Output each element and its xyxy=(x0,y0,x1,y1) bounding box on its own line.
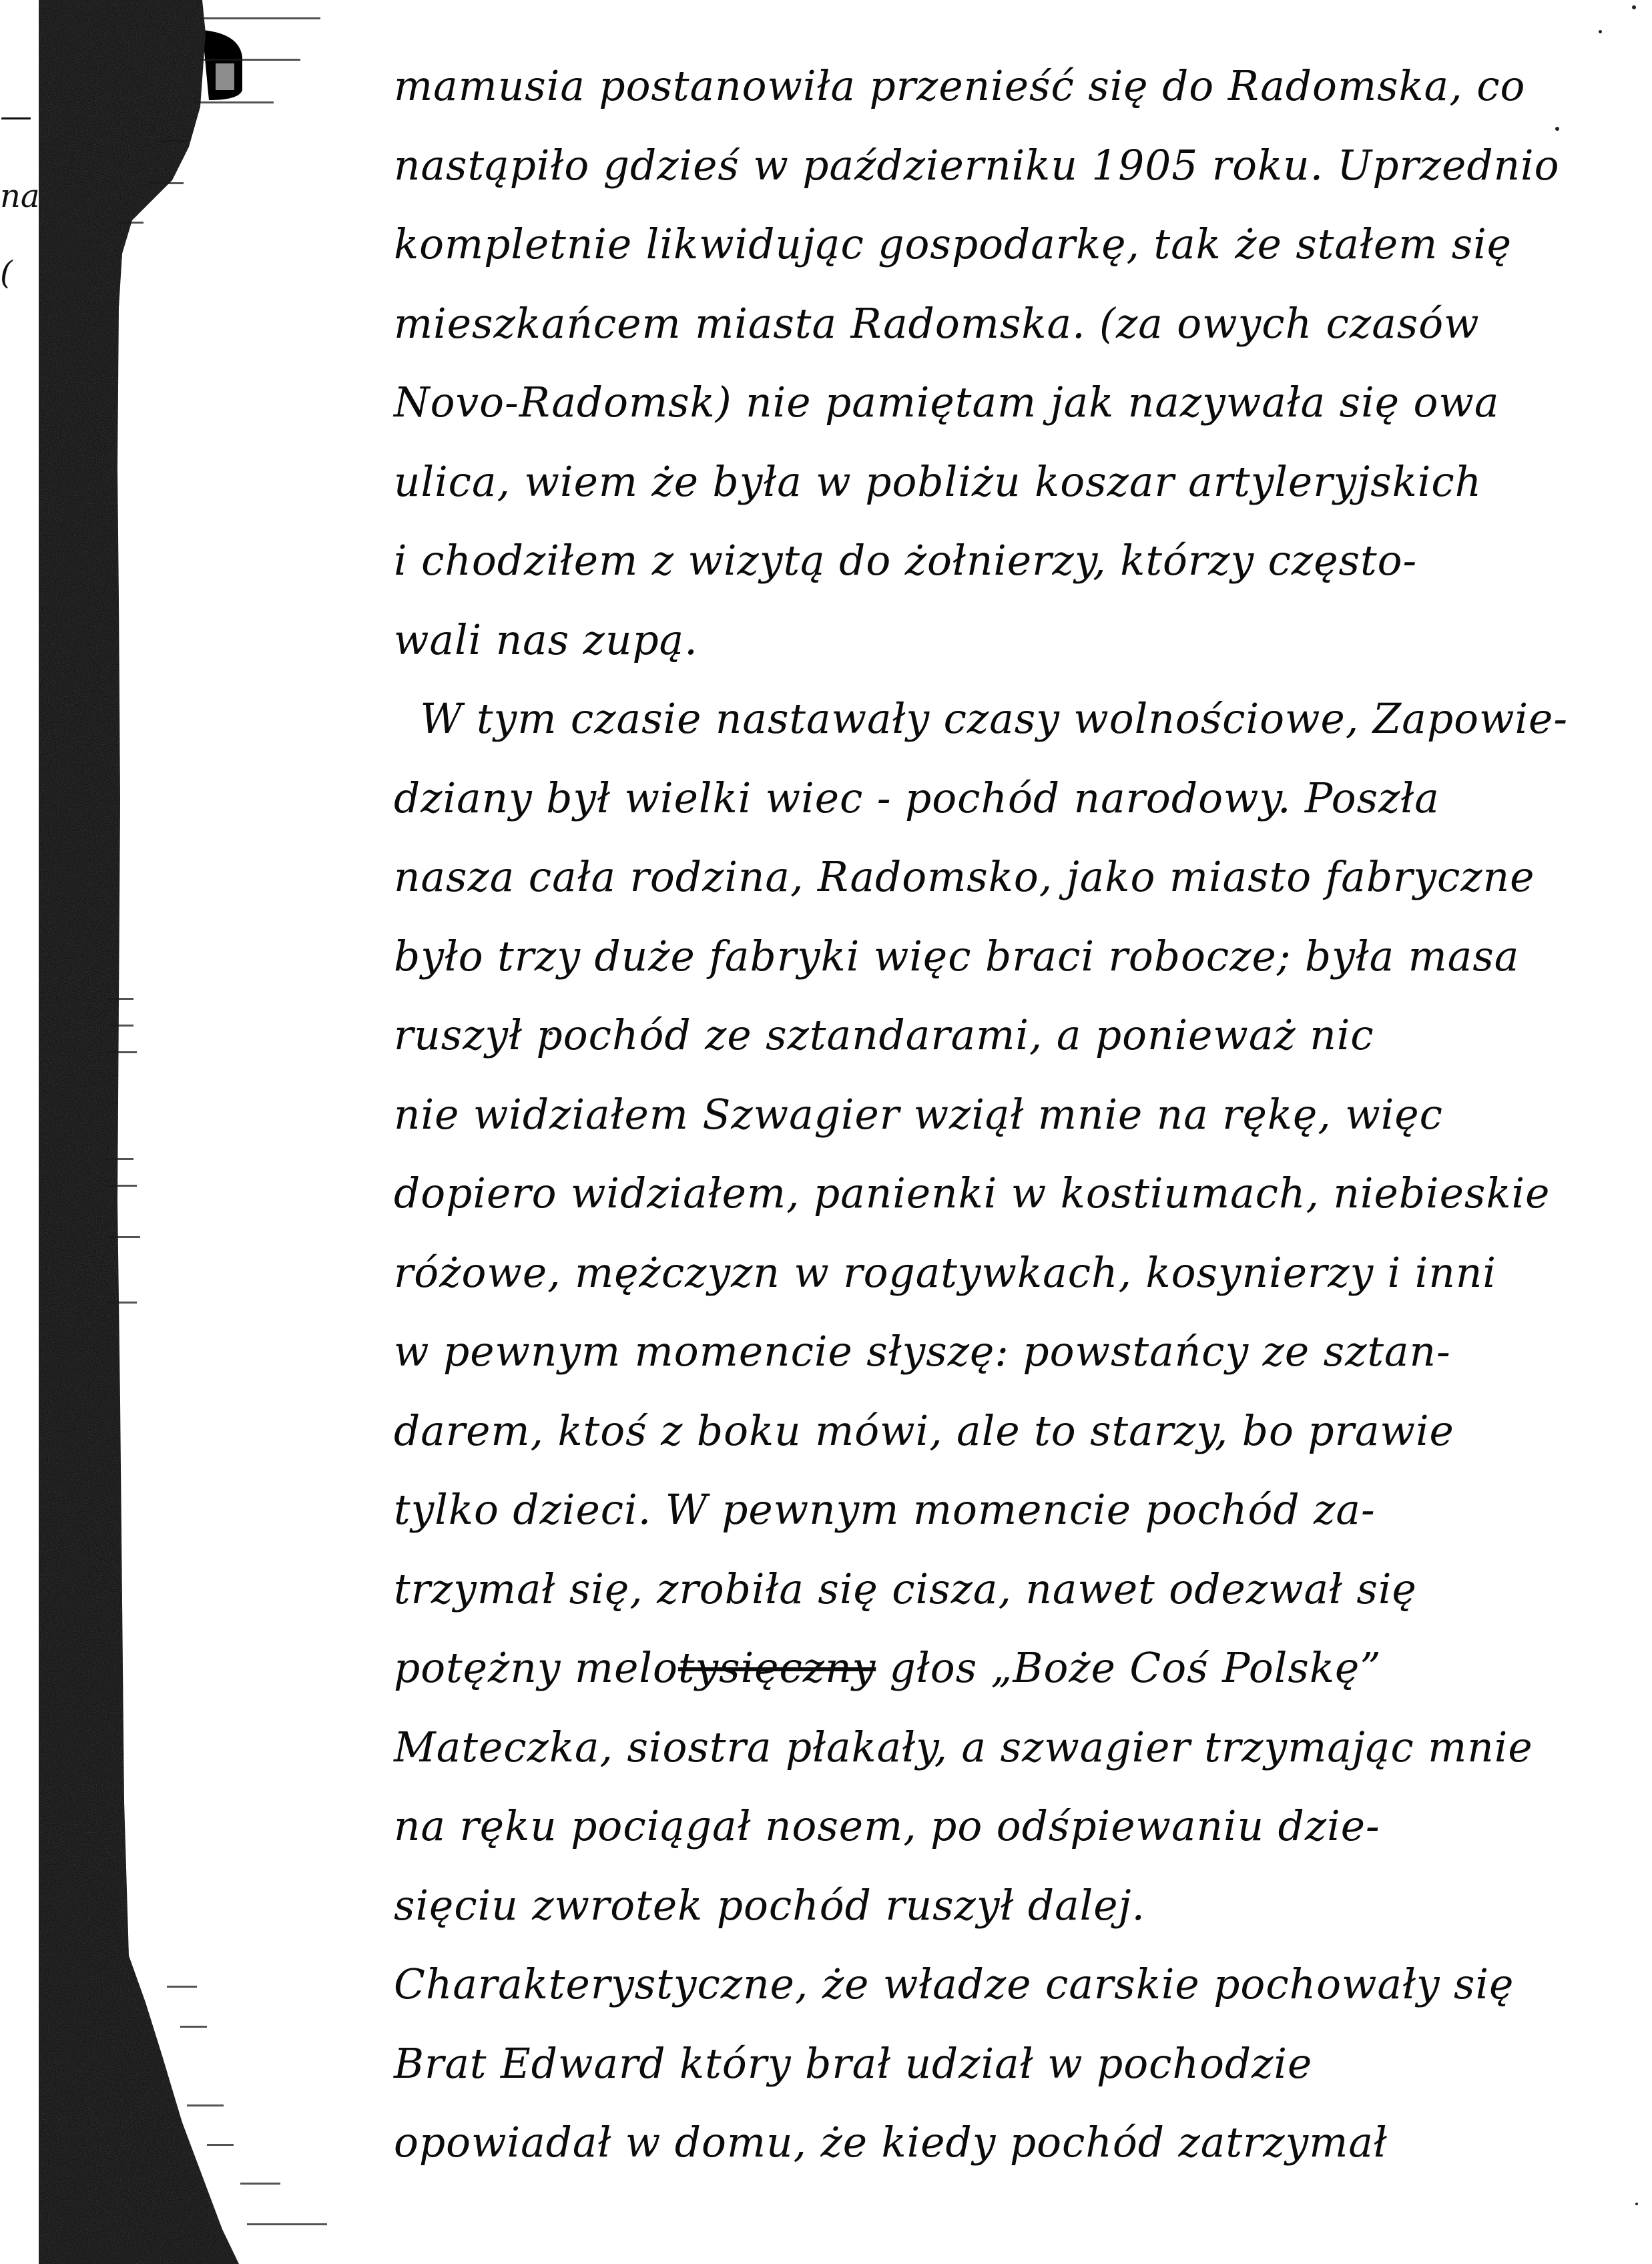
manuscript-line: Novo-Radomsk) nie pamiętam jak nazywała … xyxy=(394,363,1622,443)
manuscript-body: mamusia postanowiła przenieść się do Rad… xyxy=(394,47,1635,2183)
scan-speck xyxy=(1555,127,1559,131)
manuscript-line: darem, ktoś z boku mówi, ale to starzy, … xyxy=(394,1392,1622,1471)
facing-page-fragment: ( xyxy=(0,257,13,289)
ruled-line-tick xyxy=(150,182,184,184)
manuscript-line: dopiero widziałem, panienki w kostiumach… xyxy=(394,1154,1622,1233)
manuscript-line: i chodziłem z wizytą do żołnierzy, którz… xyxy=(394,521,1622,601)
line-text: potężny xyxy=(394,1643,561,1692)
manuscript-line: nastąpiło gdzieś w październiku 1905 rok… xyxy=(394,126,1622,206)
manuscript-line: kompletnie likwidując gospodarkę, tak że… xyxy=(394,205,1622,284)
scan-speck xyxy=(1599,30,1602,33)
manuscript-line: Mateczka, siostra płakały, a szwagier tr… xyxy=(394,1708,1622,1787)
ruled-line-tick xyxy=(107,1236,140,1238)
manuscript-line: nasza cała rodzina, Radomsko, jako miast… xyxy=(394,838,1622,917)
ruled-line-tick xyxy=(240,2183,280,2185)
manuscript-line: mamusia postanowiła przenieść się do Rad… xyxy=(394,47,1622,126)
facing-page-fragment: — xyxy=(0,100,32,132)
manuscript-line: tylko dzieci. W pewnym momencie pochód z… xyxy=(394,1470,1622,1550)
manuscript-line: sięciu zwrotek pochód ruszył dalej. xyxy=(394,1866,1622,1946)
ruled-line-tick xyxy=(207,2144,234,2146)
scan-speck xyxy=(1632,5,1636,9)
facing-page-edge: — na ( xyxy=(0,0,40,2264)
manuscript-line-paragraph-start: Charakterystyczne, że władze carskie poc… xyxy=(394,1945,1622,2024)
manuscript-line: wali nas zupą. xyxy=(394,601,1622,680)
manuscript-line: w pewnym momencie słyszę: powstańcy ze s… xyxy=(394,1312,1622,1392)
manuscript-line: różowe, mężczyzn w rogatywkach, kosynier… xyxy=(394,1233,1622,1313)
manuscript-line-with-correction: potężny melotysięczny głos „Boże Coś Pol… xyxy=(394,1629,1622,1708)
ruled-line-tick xyxy=(107,998,133,1000)
manuscript-page: — na ( xyxy=(0,0,1652,2264)
ruled-line-tick xyxy=(160,140,187,142)
ruled-line-tick xyxy=(107,1025,133,1027)
manuscript-line: Brat Edward który brał udział w pochodzi… xyxy=(394,2024,1622,2104)
ruled-line-tick xyxy=(107,1051,137,1053)
scan-speck xyxy=(1635,2203,1638,2205)
binding-shadow xyxy=(39,0,252,2264)
ruled-line-tick xyxy=(107,1185,137,1187)
corrected-word-prefix: melo xyxy=(575,1643,678,1692)
line-text: głos „Boże Coś Polskę” xyxy=(876,1643,1381,1692)
ruled-line-tick xyxy=(117,222,144,224)
ruled-line-tick xyxy=(167,1986,197,1988)
manuscript-line: opowiadał w domu, że kiedy pochód zatrzy… xyxy=(394,2103,1622,2183)
manuscript-line: nie widziałem Szwagier wziął mnie na ręk… xyxy=(394,1075,1622,1155)
facing-page-fragment: na xyxy=(0,180,40,212)
scan-speck xyxy=(549,1031,553,1035)
ruled-line-tick xyxy=(247,2223,327,2225)
manuscript-line: ruszył pochód ze sztandarami, a ponieważ… xyxy=(394,996,1622,1075)
struck-out-text: tysięczny xyxy=(678,1643,876,1692)
ruled-line-tick xyxy=(107,1302,137,1304)
manuscript-line: dziany był wielki wiec - pochód narodowy… xyxy=(394,759,1622,838)
ruled-line-tick xyxy=(107,1158,133,1160)
manuscript-line: ulica, wiem że była w pobliżu koszar art… xyxy=(394,443,1622,522)
manuscript-line-paragraph-start: W tym czasie nastawały czasy wolnościowe… xyxy=(394,679,1622,759)
ruled-line-tick xyxy=(194,101,274,103)
manuscript-line: mieszkańcem miasta Radomska. (za owych c… xyxy=(394,284,1622,364)
ruled-line-tick xyxy=(200,59,300,61)
ruled-line-tick xyxy=(200,17,320,19)
manuscript-line: na ręku pociągał nosem, po odśpiewaniu d… xyxy=(394,1787,1622,1866)
manuscript-line: było trzy duże fabryki więc braci robocz… xyxy=(394,917,1622,997)
ruled-line-tick xyxy=(187,2104,224,2106)
ruled-line-tick xyxy=(180,2026,207,2028)
manuscript-line: trzymał się, zrobiła się cisza, nawet od… xyxy=(394,1550,1622,1629)
